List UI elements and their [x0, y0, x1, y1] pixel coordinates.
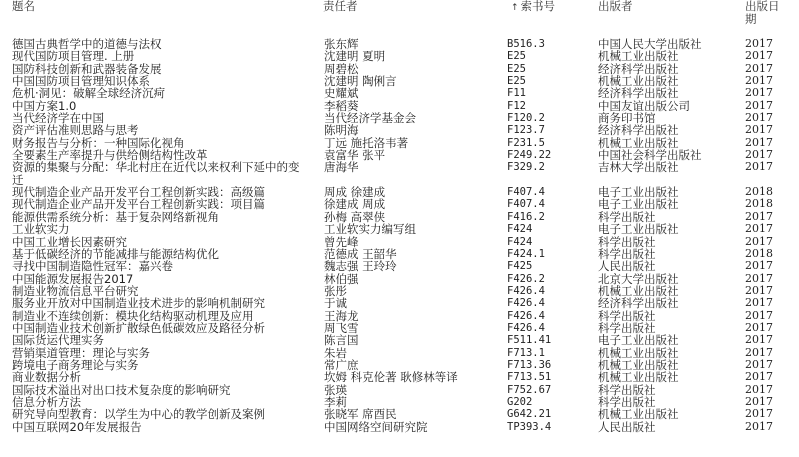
cell-call-number: F407.4 [507, 186, 545, 198]
cell-author: 魏志强 王玲玲 [324, 260, 397, 272]
cell-date: 2017 [745, 50, 773, 62]
cell-call-number: F426.4 [507, 322, 545, 334]
table-row[interactable]: 资源的集聚与分配：华北村庄在近代以来权利下延中的变迁 唐海华 F329.2 吉林… [0, 161, 799, 186]
cell-author: 于诚 [324, 297, 347, 309]
cell-publisher: 经济科学出版社 [598, 124, 679, 136]
cell-call-number: F329.2 [507, 161, 545, 173]
table-row[interactable]: 资产评估准则思路与思考 陈明海 F123.7 经济科学出版社 2017 [0, 124, 799, 136]
cell-title: 中国互联网20年发展报告 [12, 421, 307, 433]
cell-publisher: 机械工业出版社 [598, 371, 679, 383]
cell-call-number: F424 [507, 236, 532, 248]
cell-title: 商业数据分析 [12, 371, 307, 383]
cell-call-number: F12 [507, 100, 526, 112]
cell-call-number: B516.3 [507, 38, 545, 50]
cell-date: 2018 [745, 198, 773, 210]
cell-title: 服务业开放对中国制造业技术进步的影响机制研究 [12, 297, 307, 309]
cell-call-number: F407.4 [507, 198, 545, 210]
table-row[interactable]: 国际货运代理实务 陈言国 F511.41 电子工业出版社 2017 [0, 334, 799, 346]
cell-call-number: F713.36 [507, 359, 551, 371]
table-row[interactable]: 现代制造企业产品开发平台工程创新实践：项目篇 徐建成 周成 F407.4 电子工… [0, 198, 799, 210]
results-table-body: 德国古典哲学中的道德与法权 张东辉 B516.3 中国人民大学出版社 2017 … [0, 38, 799, 433]
cell-title: 现代制造企业产品开发平台工程创新实践：项目篇 [12, 198, 307, 210]
sort-ascending-icon: ↑ [511, 3, 519, 13]
cell-call-number: E25 [507, 50, 526, 62]
column-header-title[interactable]: 题名 [12, 0, 35, 13]
cell-publisher: 吉林大学出版社 [598, 161, 679, 173]
cell-title: 研究导向型教育：以学生为中心的教学创新及案例 [12, 408, 307, 420]
cell-title: 危机·洞见：破解全球经济沉疴 [12, 87, 307, 99]
cell-author: 张晓军 席酉民 [324, 408, 397, 420]
table-row[interactable]: 中国互联网20年发展报告 中国网络空间研究院 TP393.4 人民出版社 201… [0, 421, 799, 433]
cell-publisher: 科学出版社 [598, 236, 656, 248]
cell-author: 徐建成 周成 [324, 198, 385, 210]
cell-publisher: 电子工业出版社 [598, 198, 679, 210]
table-row[interactable]: 中国制造业技术创新扩散绿色低碳效应及路径分析 周飞雪 F426.4 科学出版社 … [0, 322, 799, 334]
cell-publisher: 机械工业出版社 [598, 50, 679, 62]
cell-call-number: F752.67 [507, 384, 551, 396]
cell-author: 中国网络空间研究院 [324, 421, 428, 433]
table-row[interactable]: 中国工业增长因素研究 曾先峰 F424 科学出版社 2017 [0, 236, 799, 248]
cell-author: 曾先峰 [324, 236, 359, 248]
cell-call-number: G202 [507, 396, 532, 408]
cell-call-number: F426.2 [507, 273, 545, 285]
cell-call-number: E25 [507, 75, 526, 87]
cell-call-number: F713.51 [507, 371, 551, 383]
cell-title: 资产评估准则思路与思考 [12, 124, 307, 136]
table-row[interactable]: 服务业开放对中国制造业技术进步的影响机制研究 于诚 F426.4 经济科学出版社… [0, 297, 799, 309]
cell-date: 2017 [745, 421, 773, 433]
column-header-call-number[interactable]: ↑索书号 [511, 0, 555, 15]
table-row[interactable]: 危机·洞见：破解全球经济沉疴 史耀斌 F11 经济科学出版社 2017 [0, 87, 799, 99]
cell-title: 中国工业增长因素研究 [12, 236, 307, 248]
cell-call-number: F426.4 [507, 310, 545, 322]
cell-call-number: F416.2 [507, 211, 545, 223]
cell-author: 唐海华 [324, 161, 359, 173]
cell-author: 陈言国 [324, 334, 359, 346]
cell-call-number: F426.4 [507, 297, 545, 309]
cell-date: 2017 [745, 161, 773, 173]
cell-call-number: F425 [507, 260, 532, 272]
cell-title: 寻找中国制造隐性冠军：嘉兴卷 [12, 260, 307, 272]
table-row[interactable]: 商业数据分析 坎姆 科克伦著 耿修林等译 F713.51 机械工业出版社 201… [0, 371, 799, 383]
cell-call-number: F11 [507, 87, 526, 99]
cell-call-number: F424.1 [507, 248, 545, 260]
cell-date: 2017 [745, 260, 773, 272]
cell-publisher: 人民出版社 [598, 260, 656, 272]
cell-publisher: 电子工业出版社 [598, 223, 679, 235]
column-header-call-number-label: 索书号 [521, 0, 556, 13]
cell-call-number: F123.7 [507, 124, 545, 136]
cell-author: 坎姆 科克伦著 耿修林等译 [324, 371, 458, 383]
cell-title: 资源的集聚与分配：华北村庄在近代以来权利下延中的变迁 [12, 161, 307, 186]
cell-date: 2017 [745, 236, 773, 248]
cell-publisher: 经济科学出版社 [598, 297, 679, 309]
cell-author: 工业软实力编写组 [324, 223, 416, 235]
cell-publisher: 机械工业出版社 [598, 408, 679, 420]
cell-date: 2017 [745, 87, 773, 99]
table-header: 题名 责任者 ↑索书号 出版者 出版日期 [0, 0, 799, 36]
cell-call-number: F120.2 [507, 112, 545, 124]
table-row[interactable]: 工业软实力 工业软实力编写组 F424 电子工业出版社 2017 [0, 223, 799, 235]
cell-publisher: 经济科学出版社 [598, 87, 679, 99]
cell-call-number: F249.22 [507, 149, 551, 161]
cell-date: 2017 [745, 297, 773, 309]
cell-date: 2017 [745, 334, 773, 346]
column-header-publisher[interactable]: 出版者 [598, 0, 633, 13]
cell-author: 史耀斌 [324, 87, 359, 99]
cell-publisher: 人民出版社 [598, 421, 656, 433]
table-row[interactable]: 国际技术溢出对出口技术复杂度的影响研究 张瑛 F752.67 科学出版社 201… [0, 384, 799, 396]
cell-title: 国际货运代理实务 [12, 334, 307, 346]
cell-author: 沈建明 夏明 [324, 50, 385, 62]
cell-date: 2017 [745, 124, 773, 136]
table-row[interactable]: 寻找中国制造隐性冠军：嘉兴卷 魏志强 王玲玲 F425 人民出版社 2017 [0, 260, 799, 272]
cell-call-number: F511.41 [507, 334, 551, 346]
cell-title: 现代国防项目管理. 上册 [12, 50, 307, 62]
cell-publisher: 电子工业出版社 [598, 334, 679, 346]
cell-date: 2017 [745, 408, 773, 420]
cell-call-number: F424 [507, 223, 532, 235]
cell-call-number: TP393.4 [507, 421, 551, 433]
column-header-date[interactable]: 出版日期 [745, 0, 785, 26]
cell-call-number: E25 [507, 63, 526, 75]
cell-call-number: F231.5 [507, 137, 545, 149]
table-row[interactable]: 现代国防项目管理. 上册 沈建明 夏明 E25 机械工业出版社 2017 [0, 50, 799, 62]
cell-title: 工业软实力 [12, 223, 307, 235]
table-row[interactable]: 研究导向型教育：以学生为中心的教学创新及案例 张晓军 席酉民 G642.21 机… [0, 408, 799, 420]
cell-call-number: F426.4 [507, 285, 545, 297]
cell-date: 2017 [745, 223, 773, 235]
cell-call-number: F713.1 [507, 347, 545, 359]
cell-author: 陈明海 [324, 124, 359, 136]
cell-date: 2017 [745, 371, 773, 383]
cell-call-number: G642.21 [507, 408, 551, 420]
column-header-author[interactable]: 责任者 [323, 0, 358, 13]
